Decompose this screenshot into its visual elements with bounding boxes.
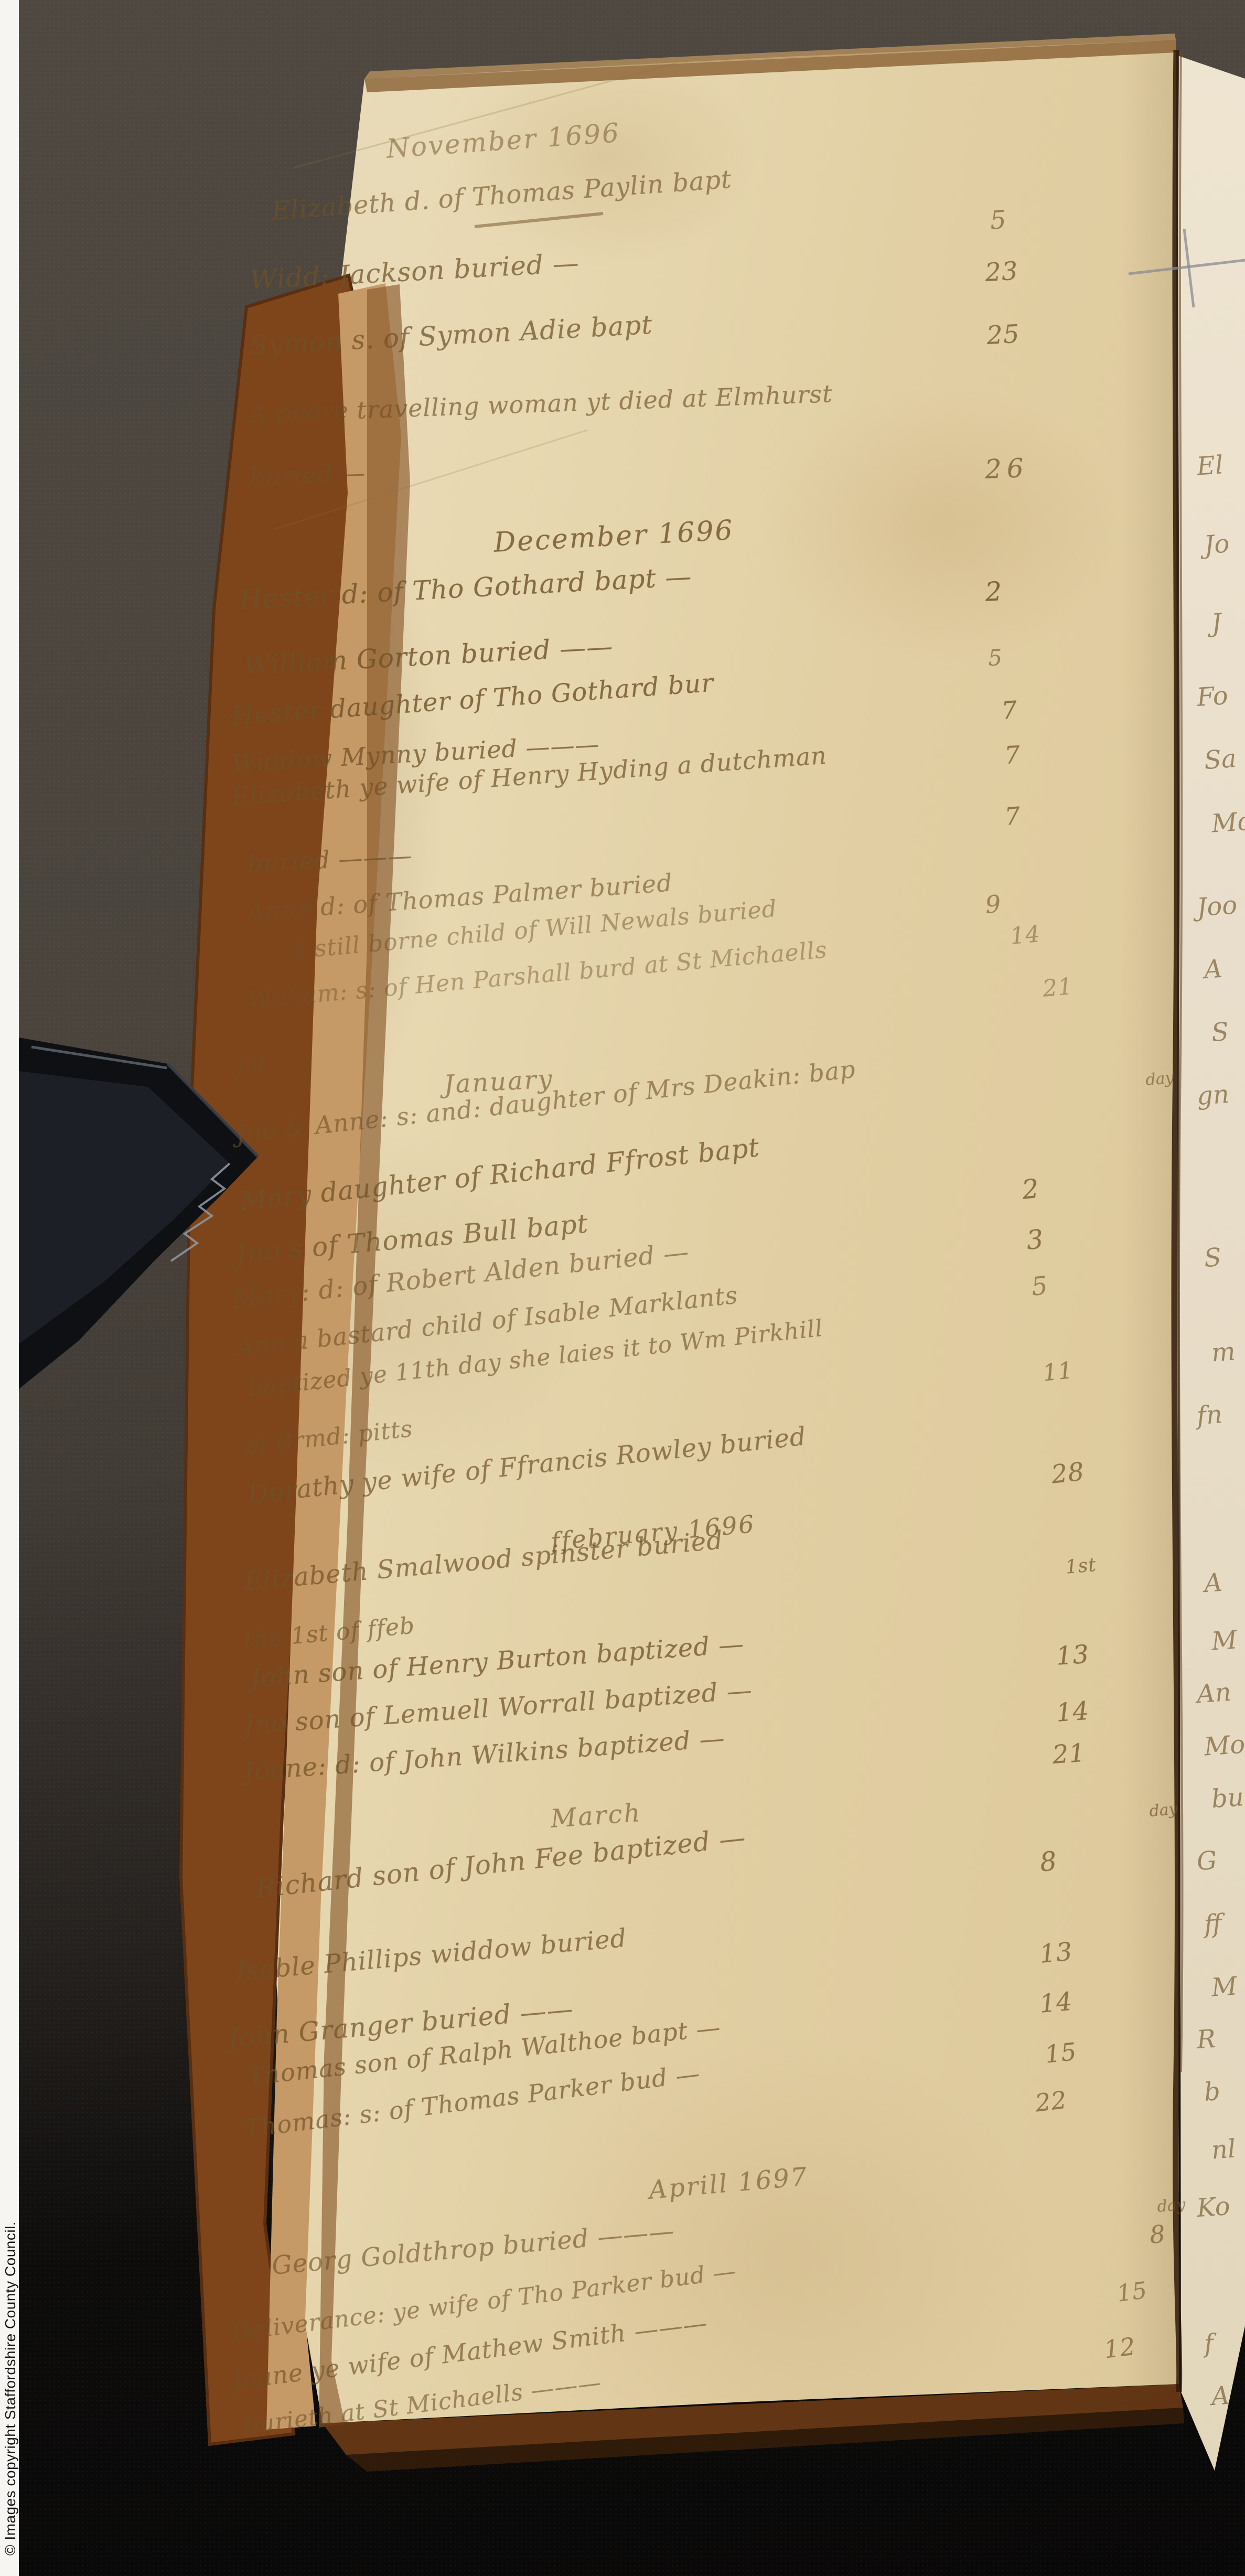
entry-day: 14	[1055, 1696, 1090, 1728]
entry-day: 1st	[1065, 1554, 1097, 1578]
right-page-text-fragment: A	[1210, 2381, 1230, 2411]
entry-line: buried —	[249, 458, 366, 491]
day-column-label: day	[1145, 1068, 1175, 1089]
right-page-text-fragment: A	[1203, 954, 1223, 985]
right-page-text-fragment: Mo	[1210, 806, 1245, 838]
ink-strikethrough	[475, 213, 603, 227]
right-page-text-fragment: M	[1210, 1625, 1238, 1656]
right-page-text-fragment: b	[1203, 2077, 1221, 2107]
entry-day: 21	[1051, 1738, 1087, 1770]
right-page-text-fragment: El	[1196, 450, 1224, 481]
entry-day: 14	[1038, 1987, 1074, 2019]
right-page-text-fragment: J	[1210, 608, 1222, 638]
right-page-text-fragment: gn	[1196, 1079, 1230, 1111]
entry-day: 13	[1055, 1640, 1090, 1671]
entry-day: 25	[986, 319, 1021, 350]
entry-day: 2	[1021, 1173, 1041, 1205]
entry-day: 8	[1038, 1846, 1059, 1878]
day-column-label: day	[1149, 1800, 1178, 1821]
entry-day: 15	[1044, 2037, 1078, 2069]
right-page-text-fragment: A	[1203, 1568, 1223, 1598]
right-page-text-fragment: S	[1210, 1017, 1230, 1047]
right-page-text-fragment: Fo	[1196, 681, 1229, 712]
right-page-text-fragment: f	[1203, 2328, 1215, 2358]
entry-day: 9	[984, 890, 1002, 919]
right-page-text-fragment: Ko	[1196, 2192, 1231, 2223]
right-page-text-fragment: R	[1196, 2024, 1217, 2055]
right-page-text-fragment: Mo	[1203, 1729, 1245, 1761]
entry-day: 11	[1042, 1357, 1075, 1387]
marginal-note: ..	[219, 698, 235, 723]
copyright-text: © Images copyright Staffordshire County …	[2, 2221, 19, 2556]
right-page-text-fragment: m	[1210, 1337, 1236, 1367]
right-page-text-fragment: G	[1196, 1846, 1218, 1877]
entry-day: 2	[984, 576, 1003, 607]
right-page-text-fragment: An	[1196, 1677, 1232, 1709]
entry-day: 26	[984, 453, 1029, 485]
entry-day: 7	[1004, 801, 1022, 831]
entry-day: 23	[984, 256, 1019, 287]
right-page-text-fragment: nl	[1210, 2134, 1237, 2165]
entry-day: 22	[1034, 2086, 1069, 2118]
marginal-note: Jnl	[234, 1053, 266, 1079]
right-page-text-fragment: Sa	[1203, 744, 1237, 775]
entry-day: 7	[1001, 696, 1018, 725]
right-page-text-fragment: Jo	[1203, 529, 1230, 560]
right-page-text-fragment: bu	[1210, 1782, 1244, 1814]
entry-day: 28	[1050, 1457, 1086, 1489]
entry-day: 15	[1115, 2277, 1149, 2307]
entry-day: 14	[1009, 921, 1042, 950]
right-page-text-fragment: M	[1210, 1971, 1238, 2002]
right-page-text-fragment: S	[1203, 1243, 1222, 1273]
entry-day: 5	[989, 205, 1007, 236]
entry-day: 12	[1102, 2332, 1137, 2364]
right-page-text-fragment: Joo	[1196, 890, 1238, 922]
entry-day: 13	[1038, 1937, 1074, 1969]
entry-day: 21	[1042, 973, 1074, 1002]
copyright-strip	[0, 0, 19, 2576]
manuscript-photo: November 1696 Elizabeth d. of Thomas Pay…	[0, 0, 1245, 2576]
day-column-label: day	[1156, 2195, 1186, 2216]
right-page-text-fragment: ff	[1203, 1909, 1223, 1939]
entry-day: 3	[1025, 1224, 1045, 1256]
pencil-cross-mark	[1129, 260, 1245, 274]
entry-day: 5	[1030, 1271, 1049, 1302]
entry-day: 7	[1004, 740, 1021, 769]
right-page-text-fragment: fn	[1196, 1399, 1223, 1430]
entry-day: 8	[1149, 2219, 1167, 2249]
entry-day: 5	[988, 645, 1003, 671]
